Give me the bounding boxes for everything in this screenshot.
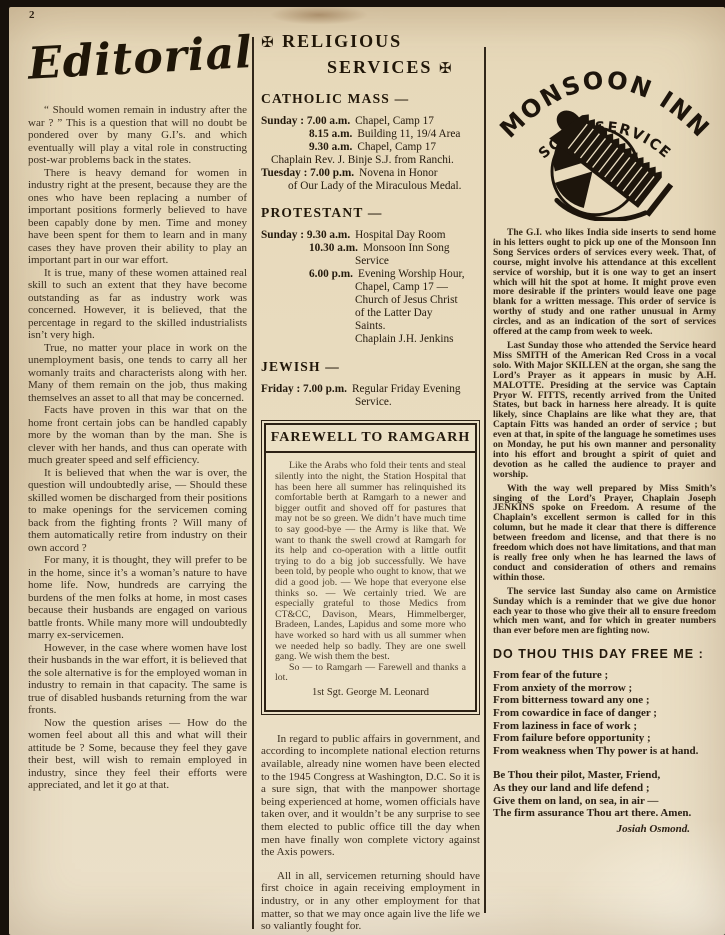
song-service-articles: The G.I. who likes India side inserts to… [493, 229, 716, 637]
schedule-line: 10.30 a.m.Monsoon Inn Song [261, 242, 480, 255]
farewell-box-inner: FAREWELL TO RAMGARH Like the Arabs who f… [264, 423, 477, 711]
page-number: 2 [29, 9, 35, 21]
schedule-line: Sunday : 7.00 a.m.Chapel, Camp 17 [261, 115, 480, 128]
schedule-line: Chapel, Camp 17 — [261, 281, 480, 294]
newsletter-page: 2 Editorial “ Should women remain in ind… [9, 7, 725, 935]
prayer-line: From bitterness toward any one ; [493, 694, 716, 707]
prayer-line: As they our land and life defend ; [493, 782, 716, 795]
schedule-line: Sunday : 9.30 a.m.Hospital Day Room [261, 229, 480, 242]
maltese-cross-icon: ✠ [261, 33, 276, 51]
editorial-paragraph: For many, it is thought, they will prefe… [28, 554, 247, 642]
religious-services-header: ✠ RELIGIOUS SERVICES ✠ [261, 31, 480, 78]
song-service-column: MONSOON INN SONG SERVICE [493, 33, 716, 835]
column-divider-left [252, 37, 254, 929]
prayer-line: The firm assurance Thou art there. Amen. [493, 807, 716, 820]
monsoon-inn-logo: MONSOON INN SONG SERVICE [499, 35, 711, 221]
schedule-line: Church of Jesus Christ [261, 294, 480, 307]
prayer-line: Be Thou their pilot, Master, Friend, [493, 769, 716, 782]
protestant-heading: PROTESTANT — [261, 205, 480, 221]
editorial-paragraph: Now the question arises — How do the wom… [28, 717, 247, 792]
religious-title-line1: ✠ RELIGIOUS [261, 31, 480, 52]
schedule-line: Saints. [261, 320, 480, 333]
editorial-paragraph: Facts have proven in this war that on th… [28, 404, 247, 467]
farewell-body: Like the Arabs who fold their tents and … [266, 453, 475, 709]
prayer-line: From failure before opportunity ; [493, 732, 716, 745]
prayer-line: From weakness when Thy power is at hand. [493, 745, 716, 758]
schedule-line: Chaplain J.H. Jenkins [261, 333, 480, 346]
prayer-petitions: From fear of the future ; From anxiety o… [493, 669, 716, 757]
accordion-reel-illustration [543, 100, 676, 220]
prayer-line: From cowardice in face of danger ; [493, 707, 716, 720]
religious-title-line2: SERVICES ✠ [261, 57, 480, 78]
prayer-verse: Be Thou their pilot, Master, Friend, As … [493, 769, 716, 819]
right-paragraph: The G.I. who likes India side inserts to… [493, 229, 716, 338]
middle-paragraph: In regard to public affairs in governmen… [261, 733, 480, 859]
schedule-line: 6.00 p.m.Evening Worship Hour, [261, 268, 480, 281]
prayer-heading: DO THOU THIS DAY FREE ME : [493, 647, 716, 661]
farewell-paragraph: Like the Arabs who fold their tents and … [275, 461, 466, 662]
jewish-heading: JEWISH — [261, 359, 480, 375]
schedule-line: Service [261, 255, 480, 268]
right-paragraph: Last Sunday those who attended the Servi… [493, 342, 716, 481]
middle-articles: In regard to public affairs in governmen… [261, 733, 480, 933]
schedule-line: Friday : 7.00 p.m.Regular Friday Evening [261, 383, 480, 396]
prayer-line: From fear of the future ; [493, 669, 716, 682]
editorial-title: Editorial [27, 27, 248, 89]
farewell-box: FAREWELL TO RAMGARH Like the Arabs who f… [261, 420, 480, 714]
maltese-cross-icon: ✠ [439, 59, 454, 77]
farewell-signature: 1st Sgt. George M. Leonard [275, 687, 466, 698]
editorial-paragraph: There is heavy demand for women in indus… [28, 167, 247, 267]
schedule-line: Tuesday : 7.00 p.m.Novena in Honor [261, 167, 480, 180]
farewell-closing: So — to Ramgarh — Farewell and thanks a … [275, 663, 466, 684]
editorial-paragraph: It is true, many of these women attained… [28, 267, 247, 342]
schedule-line: 8.15 a.m.Building 11, 19/4 Area [261, 128, 480, 141]
middle-paragraph: All in all, servicemen returning should … [261, 870, 480, 933]
right-paragraph: With the way well prepared by Miss Smith… [493, 485, 716, 584]
schedule-line: of the Latter Day [261, 307, 480, 320]
schedule-line: of Our Lady of the Miraculous Medal. [261, 180, 480, 193]
right-paragraph: The service last Sunday also came on Arm… [493, 588, 716, 638]
editorial-body: “ Should women remain in industry after … [28, 104, 247, 792]
catholic-mass-heading: CATHOLIC MASS — [261, 91, 480, 107]
column-divider-right [484, 47, 486, 913]
editorial-paragraph: However, in the case where women have lo… [28, 642, 247, 717]
editorial-paragraph: It is believed that when the war is over… [28, 467, 247, 555]
prayer-line: From laziness in face of work ; [493, 720, 716, 733]
editorial-paragraph: “ Should women remain in industry after … [28, 104, 247, 167]
prayer-line: Give them on land, on sea, in air — [493, 795, 716, 808]
schedule-line: Service. [261, 396, 480, 409]
religious-title-text2: SERVICES [327, 57, 432, 77]
prayer-signature: Josiah Osmond. [493, 823, 716, 835]
prayer-line: From anxiety of the morrow ; [493, 682, 716, 695]
editorial-column: Editorial “ Should women remain in indus… [28, 31, 247, 792]
schedule-line: Chaplain Rev. J. Binje S.J. from Ranchi. [261, 154, 480, 167]
schedule-line: 9.30 a.m.Chapel, Camp 17 [261, 141, 480, 154]
religious-services-column: ✠ RELIGIOUS SERVICES ✠ CATHOLIC MASS — S… [261, 31, 480, 933]
farewell-title: FAREWELL TO RAMGARH [266, 425, 475, 453]
religious-title-text1: RELIGIOUS [282, 31, 402, 51]
editorial-paragraph: True, no matter your place in work on th… [28, 342, 247, 405]
